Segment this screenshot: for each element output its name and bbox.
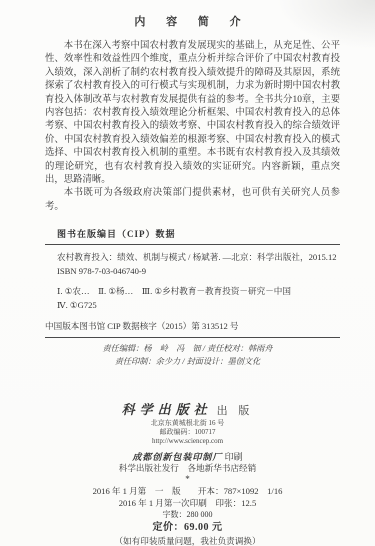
edition-block: 2016 年 1 月第 一 版 开本：787×1092 1/16 2016 年 … [0, 485, 375, 546]
cip-section: 图书在版编目（CIP）数据 农村教育投入：绩效、机制与模式 / 杨斌著. —北京… [45, 227, 340, 338]
summary-paragraph-1: 本书在深入考察中国农村教育发展现实的基础上，从充足性、公平性、效率性和效益性四个… [45, 40, 340, 187]
cip-rule-top [45, 244, 340, 245]
cip-header: 图书在版编目（CIP）数据 [45, 227, 340, 240]
cip-record-line: 中国版本图书馆 CIP 数据核字（2015）第 313512 号 [45, 320, 340, 332]
price-line: 定价：69.00 元 [0, 522, 375, 534]
cip-gap [57, 278, 340, 285]
credits-block: 责任编辑：杨 岭 冯 钿 / 责任校对：韩雨舟 责任印制：余少力 / 封面设计：… [0, 343, 375, 368]
publisher-website: http://www.sciencep.com [0, 437, 375, 446]
publisher-action: 出 版 [212, 405, 254, 417]
classification-line-2: Ⅳ. ①G725 [57, 299, 340, 313]
publisher-postcode: 邮政编码：100717 [0, 428, 375, 437]
quality-notice: （如有印装质量问题，我社负责调换） [0, 535, 375, 546]
cip-rule-bottom [45, 337, 340, 338]
printer-action: 印刷 [225, 452, 243, 462]
page-title: 内 容 简 介 [0, 13, 375, 29]
edition-line-2: 2016 年 1 月第一次印刷 印张：12.5 [0, 497, 375, 509]
publisher-name: 科学出版社 [122, 403, 212, 418]
summary-paragraph-2: 本书既可为各级政府决策部门提供素材，也可供有关研究人员参考。 [45, 187, 340, 214]
publisher-name-line: 科学出版社出 版 [0, 402, 375, 419]
publisher-address: 北京东黄城根北街 16 号 [0, 419, 375, 428]
book-copyright-page: 内 容 简 介 本书在深入考察中国农村教育发展现实的基础上，从充足性、公平性、效… [0, 0, 375, 546]
cip-title-line: 农村教育投入：绩效、机制与模式 / 杨斌著. —北京：科学出版社，2015.12 [57, 251, 340, 265]
edition-line-1: 2016 年 1 月第 一 版 开本：787×1092 1/16 [0, 485, 375, 497]
printer-name: 成都创新包装印制厂 [132, 452, 222, 462]
isbn-line: ISBN 978-7-03-046740-9 [57, 265, 340, 279]
credits-line-2: 责任印制：余少力 / 封面设计：墨创文化 [0, 356, 375, 369]
asterisk-divider: * [0, 475, 375, 484]
classification-line-1: Ⅰ. ①农… Ⅱ. ①杨… Ⅲ. ①乡村教育－教育投资－研究－中国 [57, 285, 340, 299]
printer-line: 成都创新包装印制厂 印刷 [0, 451, 375, 463]
distribution-line: 科学出版社发行 各地新华书店经销 [0, 463, 375, 474]
word-count-line: 字数：280 000 [0, 509, 375, 521]
publisher-block: 科学出版社出 版 北京东黄城根北街 16 号 邮政编码：100717 http:… [0, 402, 375, 546]
cip-body: 农村教育投入：绩效、机制与模式 / 杨斌著. —北京：科学出版社，2015.12… [45, 251, 340, 312]
content-summary: 本书在深入考察中国农村教育发展现实的基础上，从充足性、公平性、效率性和效益性四个… [45, 40, 340, 214]
credits-line-1: 责任编辑：杨 岭 冯 钿 / 责任校对：韩雨舟 [0, 343, 375, 356]
